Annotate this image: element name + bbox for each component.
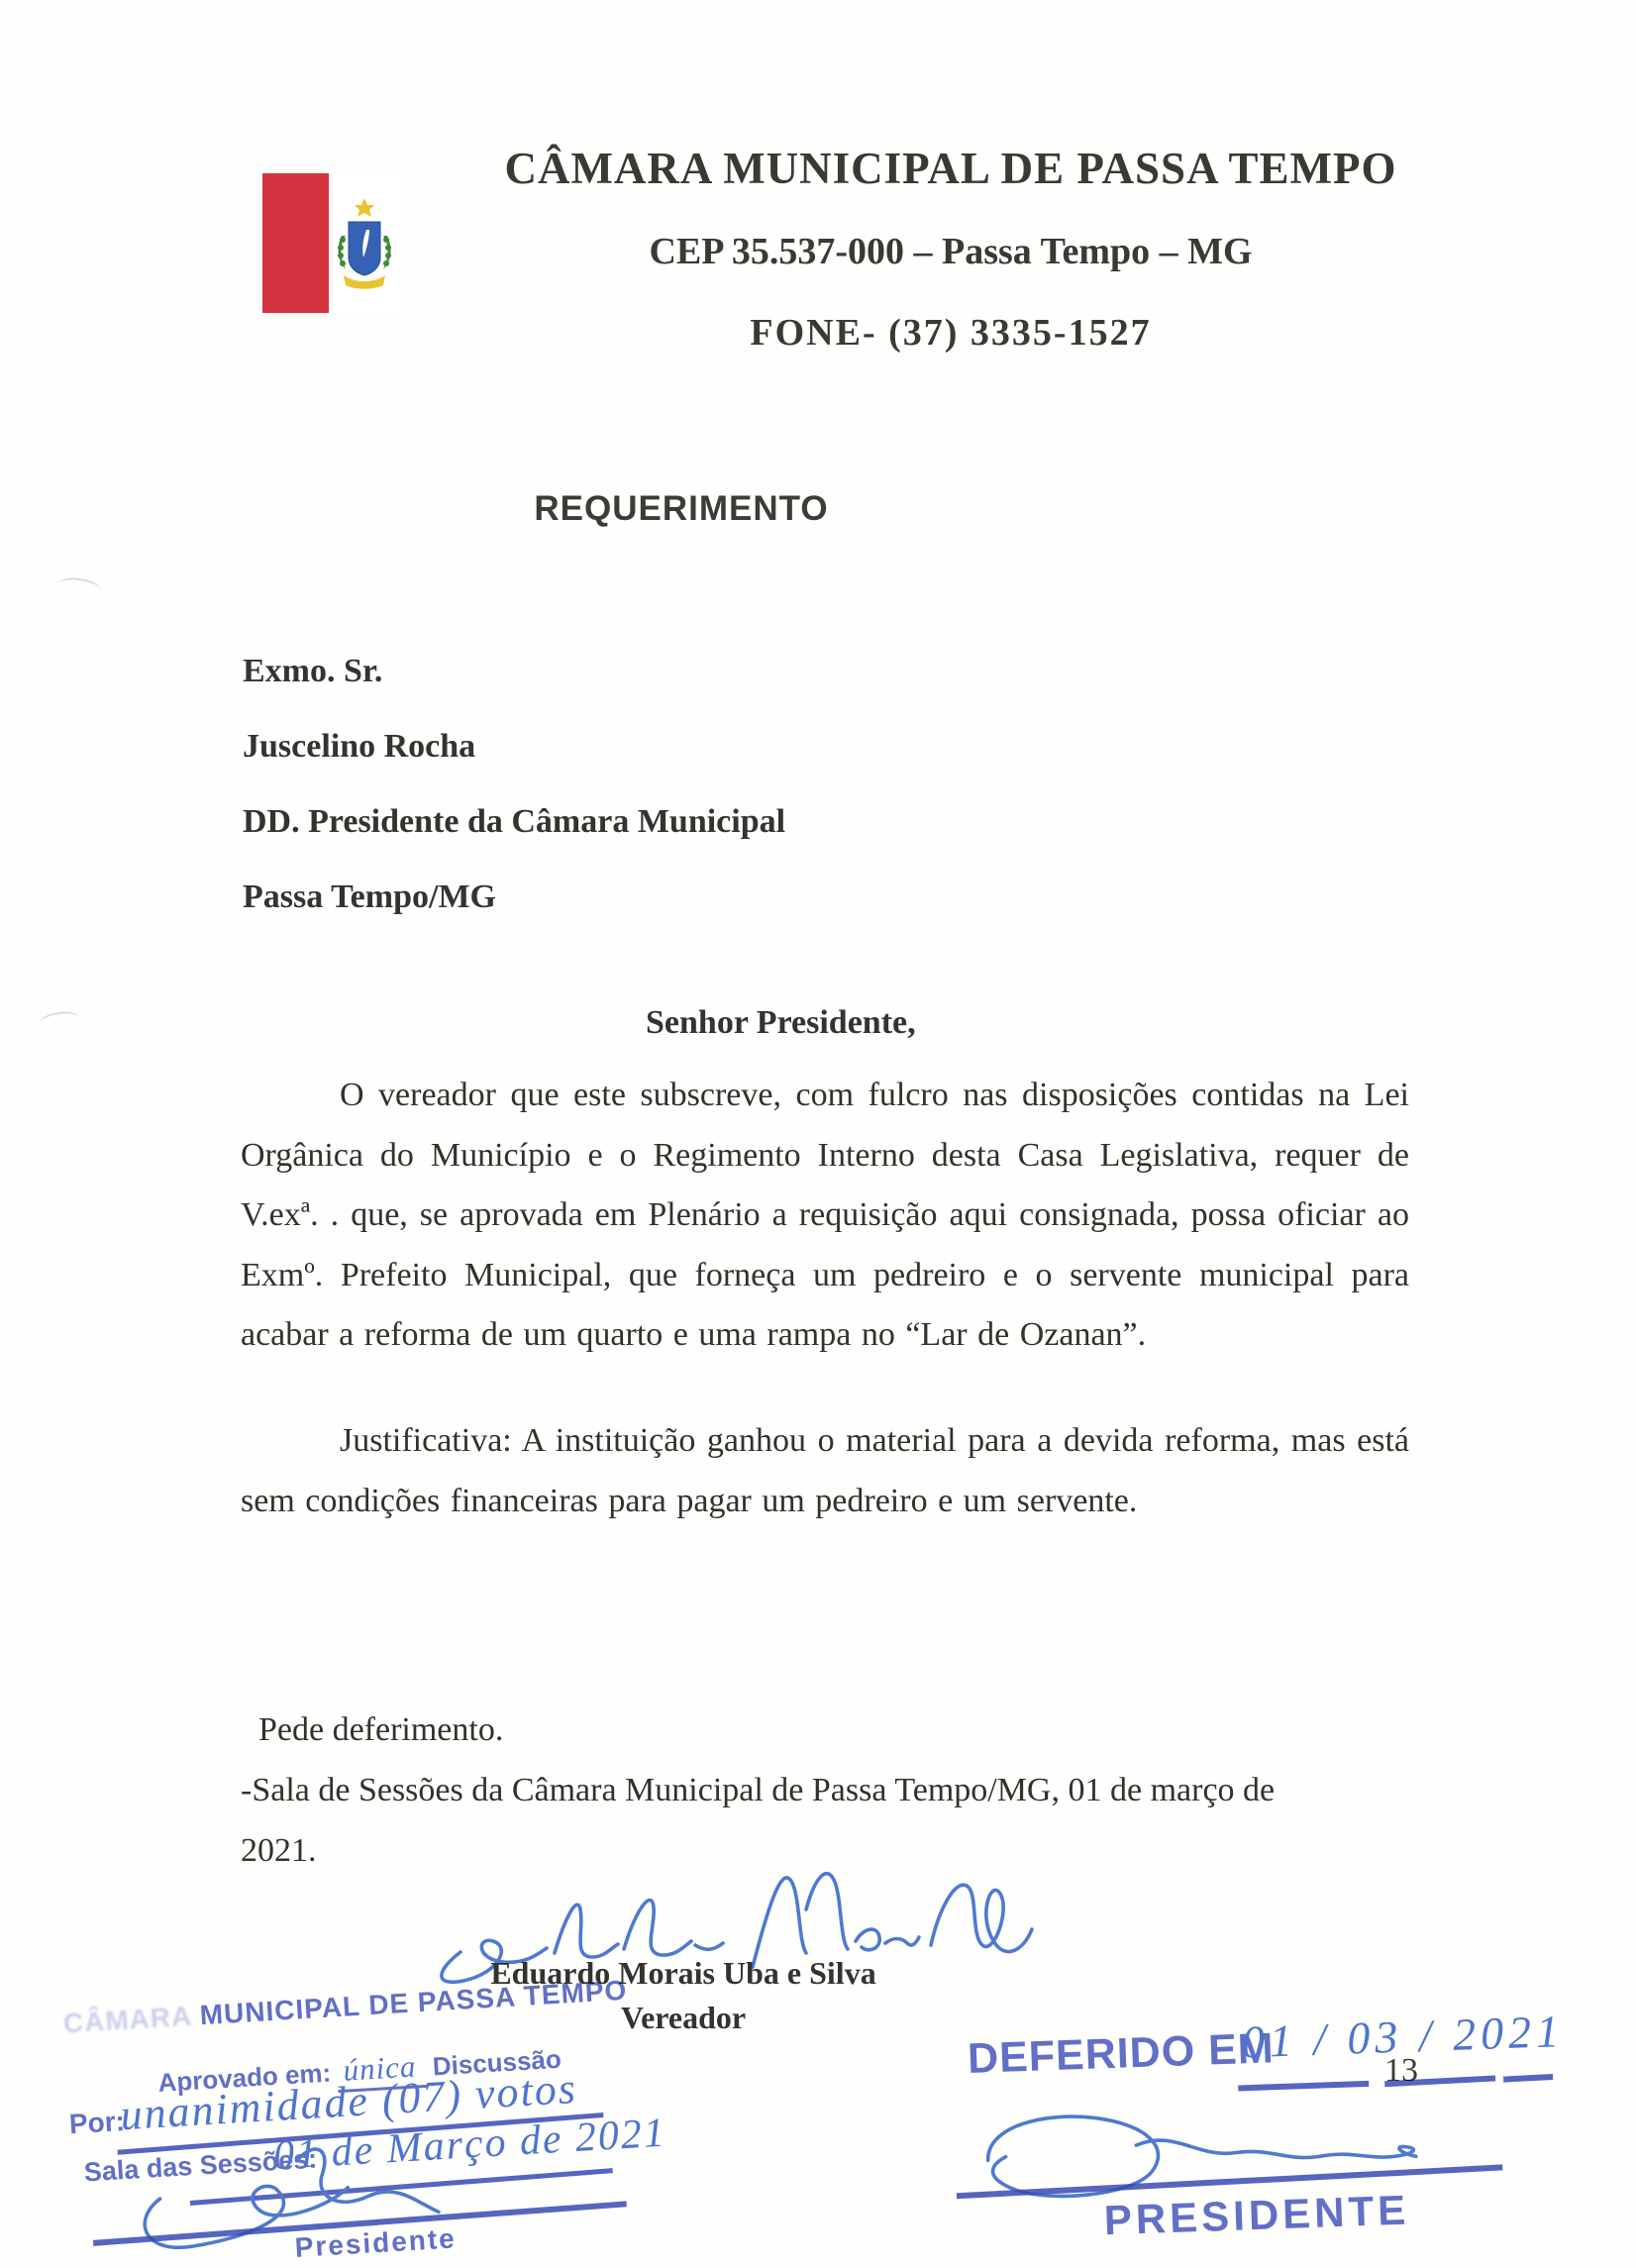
addressee-line: Exmo. Sr. [243, 634, 785, 709]
closing-place-date: -Sala de Sessões da Câmara Municipal de … [241, 1760, 1409, 1820]
phone-line: FONE- (37) 3335-1527 [376, 314, 1525, 352]
flag-red-bar [262, 173, 329, 313]
scan-artifact [39, 1009, 80, 1030]
deferido-label: DEFERIDO EM [967, 2024, 1275, 2084]
addressee-line: Juscelino Rocha [243, 709, 785, 784]
presidente-label: PRESIDENTE [1103, 2187, 1410, 2245]
addressee-line: DD. Presidente da Câmara Municipal [243, 784, 785, 860]
justification-paragraph: Justificativa: A instituição ganhou o ma… [241, 1411, 1409, 1531]
document-title: REQUERIMENTO [394, 489, 969, 529]
date-writing-line [1238, 2081, 1369, 2092]
letterhead: CÂMARA MUNICIPAL DE PASSA TEMPO CEP 35.5… [376, 147, 1525, 352]
org-name: CÂMARA MUNICIPAL DE PASSA TEMPO [376, 147, 1525, 191]
cep-line: CEP 35.537-000 – Passa Tempo – MG [376, 233, 1525, 270]
closing-request: Pede deferimento. [241, 1700, 1409, 1760]
request-paragraph: O vereador que este subscreve, com fulcr… [241, 1066, 1409, 1366]
approval-stamp-title-faded: CÂMARA [62, 2001, 192, 2039]
approval-stamp: CÂMARA MUNICIPAL DE PASSA TEMPO Aprovado… [54, 1973, 663, 2267]
approval-stamp-title: CÂMARA MUNICIPAL DE PASSA TEMPO [62, 1975, 628, 2040]
addressee-block: Exmo. Sr. Juscelino Rocha DD. Presidente… [243, 634, 785, 935]
scan-artifact [56, 575, 102, 599]
date-writing-line [1384, 2075, 1495, 2087]
deferral-handwritten-date: 01 / 03 / 2021 [1241, 2005, 1565, 2068]
deferral-stamp: DEFERIDO EM 01 / 03 / 2021 PRESIDENTE [939, 2007, 1571, 2268]
addressee-line: Passa Tempo/MG [243, 860, 785, 935]
date-writing-line [1503, 2074, 1553, 2083]
salutation: Senhor Presidente, [646, 1004, 916, 1042]
